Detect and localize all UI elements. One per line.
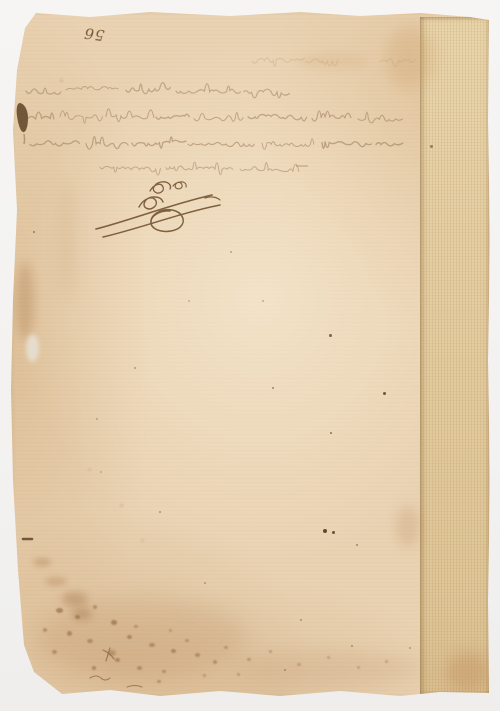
handwriting-stroke (156, 114, 189, 119)
handwriting-stroke (376, 142, 403, 145)
handwriting-stroke (106, 109, 154, 122)
bottom-ink-marks (90, 648, 142, 687)
handwriting-stroke (188, 142, 254, 146)
binding-strip (420, 17, 489, 695)
handwriting-stroke (26, 88, 61, 94)
handwriting-stroke (322, 142, 372, 149)
handwriting-stroke (86, 136, 128, 149)
handwriting-stroke (262, 139, 314, 150)
handwriting-stroke (60, 111, 103, 124)
handwriting-stroke (306, 59, 338, 66)
handwriting-stroke (244, 89, 289, 98)
handwriting-stroke (166, 162, 233, 175)
handwriting-stroke (28, 112, 54, 119)
handwriting-stroke (66, 87, 118, 90)
handwriting-stroke (30, 141, 79, 146)
handwriting-stroke (132, 137, 186, 148)
handwriting-stroke (126, 83, 170, 94)
handwriting-stroke (312, 111, 351, 121)
manuscript-page: 56 (0, 0, 500, 711)
handwriting-stroke (380, 59, 415, 67)
handwriting-stroke (194, 112, 243, 121)
handwriting-stroke (176, 84, 241, 94)
ink-smudge (17, 103, 28, 144)
handwriting-stroke (100, 166, 160, 175)
handwriting-stroke (358, 112, 402, 123)
scan-background: 56 (0, 0, 500, 711)
handwriting-stroke (252, 58, 304, 67)
signature-flourish (96, 182, 220, 237)
handwriting-stroke (248, 114, 307, 120)
handwriting-stroke (240, 163, 299, 172)
